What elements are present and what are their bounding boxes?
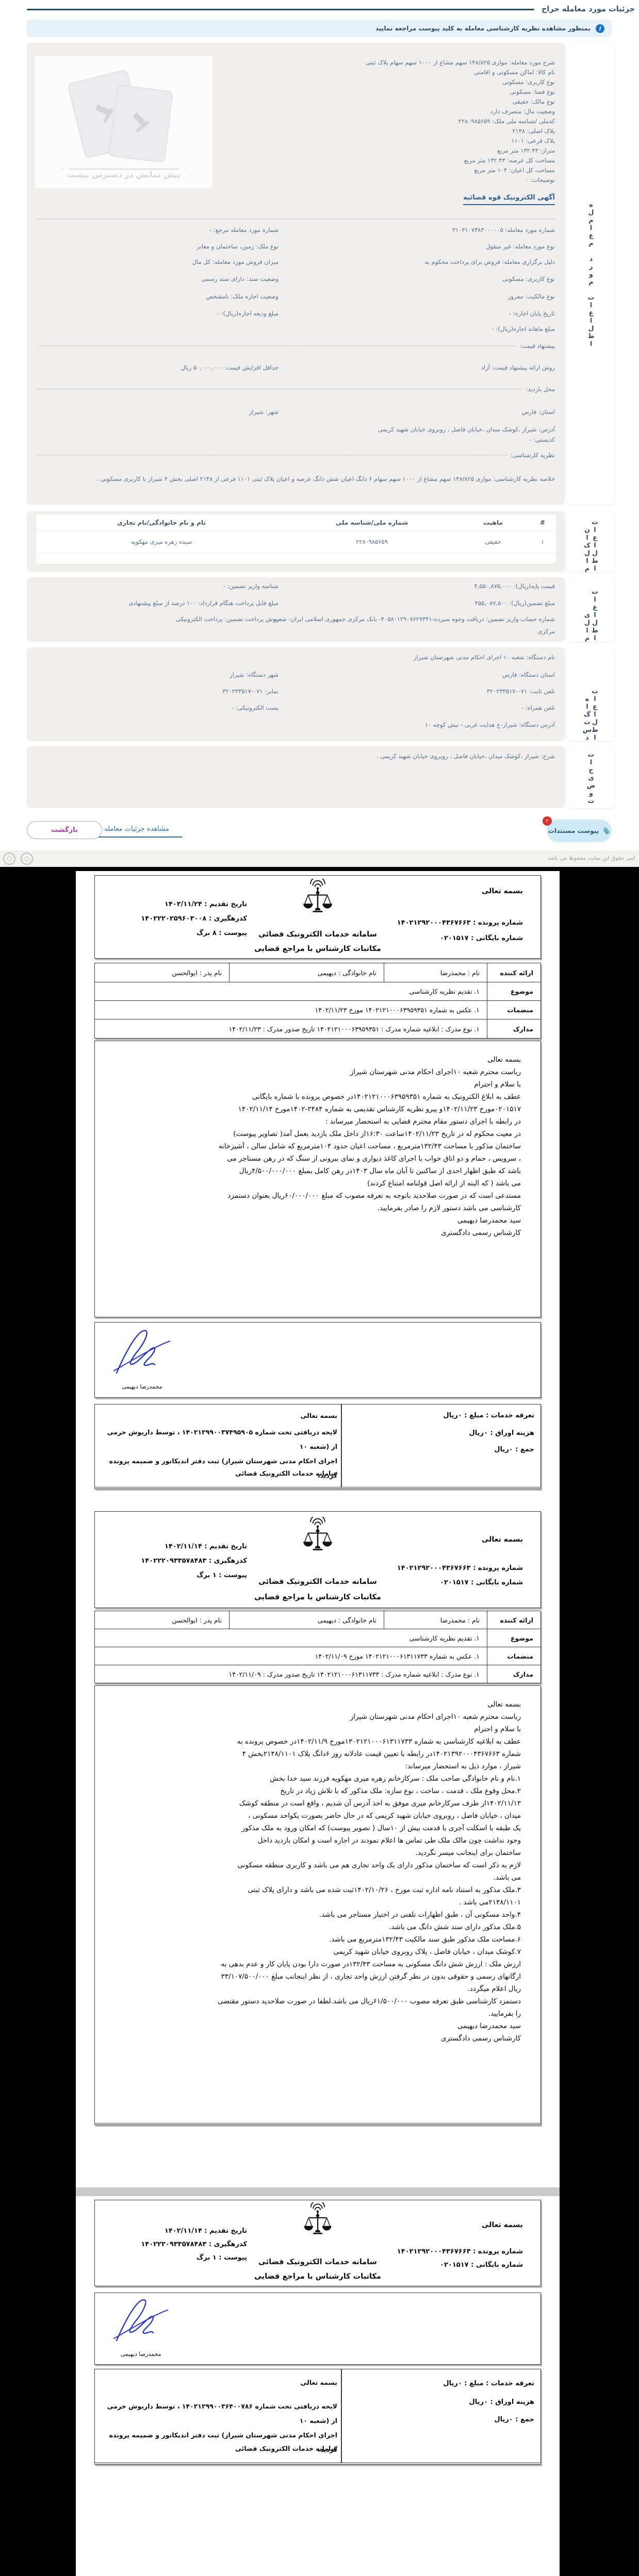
doc2-body-box: بسمه تعالی ریاست محترم شعبه ۱۰اجرای احکا… xyxy=(94,1685,541,2125)
kv-left: میزان فروش مورد معامله: کل مال xyxy=(192,258,278,265)
kv-left: وضعیت اجاره ملک: نامشخص xyxy=(206,293,278,300)
section-expert-opinion: نظریه کارشناسی: xyxy=(37,451,555,459)
pay-method: روش پرداخت تضمین: پرداخت الکترونیکی xyxy=(176,615,278,623)
kv-row: تلفن همراه: - پست الکترونیکی: - xyxy=(37,704,555,712)
paperclip-icon xyxy=(601,825,612,837)
tab-label: اطلاعات مالی xyxy=(583,577,599,642)
kv-row: دلیل برگزاری معامله: فروش برای پرداخت مح… xyxy=(37,258,555,266)
title-rule xyxy=(27,9,534,10)
label-subject: موضوع xyxy=(487,1629,541,1647)
kv-right: نوع کاربری: مسکونی xyxy=(502,275,555,282)
tab-description[interactable]: توضیحات xyxy=(567,746,615,808)
kv-row: شماره مورد معامله: ۳۱۰۳۱۰۷۳۸۳۰۰۰۰۰۵ شمار… xyxy=(37,226,555,235)
kv-right: مبلغ ماهانه اجاره(ریال): - xyxy=(492,325,555,332)
kv-right: نوع مورد معامله: غیر منقول xyxy=(486,243,555,250)
kv-row: روش ارائه پیشنهاد قیمت: آزاد حداقل افزای… xyxy=(37,364,555,372)
kv-right: قیمت پایه(ریال): ۴,۵۵۰,۸۷۵,۰۰۰ xyxy=(474,582,555,590)
expert-summary: خلاصه نظریه کارشناسی: موازی ۱۴۸/۸۲۵ سهم … xyxy=(37,475,555,482)
section-price-offer: پیشنهاد قیمت: xyxy=(37,342,555,349)
judiciary-scales-logo xyxy=(302,879,333,921)
kv-right: دلیل برگزاری معامله: فروش برای پرداخت مح… xyxy=(424,258,555,265)
doc1-footer-box: تعرفه خدمات : مبلغ : ۰ریال هزینه اوراق :… xyxy=(94,1404,541,1489)
kv-right: تلفن همراه: - xyxy=(521,704,555,711)
doc2-header-box: بسمه تعالی شماره پرونده : ۱۴۰۲۱۲۹۲۰۰۰۴۳۶… xyxy=(94,1511,541,1608)
kv-right: مبلغ تضمین(ریال): ۴۵۵,۰۸۷,۵۰۰ xyxy=(475,599,555,607)
kv-row: شماره حساب واریز تضمین: دریافت وجوه سپرد… xyxy=(37,615,555,624)
kv-left: نوع ملک: زمین، ساختمان و معابر xyxy=(196,243,278,250)
cell-national-id: ۲۲۸۰۹۸۵۶۵۹ xyxy=(287,531,457,553)
owners-table: # ماهیت شماره ملی/شناسه ملی نام و نام خا… xyxy=(36,514,556,553)
deal-postal-code: کدپستی: - xyxy=(37,436,555,443)
footer-org-name: سامانه خدمات الکترونیک قضائی xyxy=(99,1466,337,1481)
owners-table-card: # ماهیت شماره ملی/شناسه ملی نام و نام خا… xyxy=(36,514,556,564)
section-visit-place: محل بازدید: xyxy=(37,386,555,393)
kv-row: مرکزی xyxy=(37,628,555,636)
deposit-account-cont: مرکزی xyxy=(538,628,555,635)
signature-image xyxy=(109,1326,176,1379)
doc3-signature-box: محمدرضا دیهیمی xyxy=(94,2293,541,2365)
doc1-case-number: شماره پرونده : ۱۴۰۲۱۲۹۲۰۰۰۴۳۶۷۶۶۳ xyxy=(397,919,523,927)
label-annex: منضمات xyxy=(487,1647,541,1665)
footer-divider xyxy=(341,1404,342,1487)
kv-left: شناسه واریز تضمین: - xyxy=(223,582,278,590)
owners-header-row: # ماهیت شماره ملی/شناسه ملی نام و نام خا… xyxy=(36,514,556,531)
doc1-attachment-count: پیوست : ۸ برگ xyxy=(116,929,247,937)
col-index: # xyxy=(529,514,556,531)
doc1-signature-box: محمدرضا دیهیمی xyxy=(94,1322,541,1398)
cell-full-name: سیده زهره میری مهکویه xyxy=(36,531,287,553)
kv-right: نوع مالکیت: مفروز xyxy=(508,293,555,300)
panel-deal-info: -- پیش نمایش در دسترس نیست شرح مورد معام… xyxy=(27,43,565,505)
copyright-text: امی حقوق این سایت محفوظ می باشد xyxy=(548,855,635,861)
kv-right: شماره مورد معامله: ۳۱۰۳۱۰۷۳۸۳۰۰۰۰۰۵ xyxy=(452,226,555,233)
doc2-case-number: شماره پرونده : ۱۴۰۲۱۲۹۲۰۰۰۴۳۶۷۶۶۳ xyxy=(397,1564,523,1572)
doc3-tracking-code: کدرهگیری : ۱۴۰۲۲۲۰۹۳۳۵۷۸۴۸۳ xyxy=(116,2240,247,2248)
bismillah-text: بسمه تعالی xyxy=(99,1409,337,1423)
tab-owners[interactable]: اطلاعات مالکان xyxy=(567,511,615,572)
tab-device[interactable]: اطلاعات دستگاه xyxy=(567,647,615,741)
doc2-submit-date: تاریخ تقدیم : ۱۴۰۲/۱۱/۱۴ xyxy=(116,1543,247,1550)
doc2-letter-text: بسمه تعالی ریاست محترم شعبه ۱۰اجرای احکا… xyxy=(95,1686,540,2057)
section-label: نظریه کارشناسی: xyxy=(511,451,555,459)
bismillah-text: بسمه تعالی xyxy=(99,2376,337,2390)
org-name-line1: سامانه خدمات الکترونیک قضائی xyxy=(258,930,377,939)
tab-deal-info[interactable]: اطلاعات مورد معامله xyxy=(567,43,615,505)
kv-row: مبلغ تضمین(ریال): ۴۵۵,۰۸۷,۵۰۰ مبلغ قابل … xyxy=(37,599,555,608)
col-entity-type: ماهیت xyxy=(457,514,529,531)
back-button[interactable]: بازگشت xyxy=(27,821,102,839)
deal-details-list: شرح مورد معامله: موازی ۱۴۸/۸۲۵ سهم مشاع … xyxy=(37,58,555,185)
site-footer: امی حقوق این سایت محفوظ می باشد xyxy=(0,850,639,867)
col-national-id: شماره ملی/شناسه ملی xyxy=(287,514,457,531)
electronic-ad-link[interactable]: آگهی الکترونیک قوه قضائیه xyxy=(463,194,555,205)
judiciary-scales-logo xyxy=(302,1517,333,1559)
page-title-bar: جزئیات مورد معامله حراج xyxy=(27,5,635,13)
doc3-attachment-count: پیوست : ۱ برگ xyxy=(116,2254,247,2262)
section-label: محل بازدید: xyxy=(526,386,555,393)
signer-name: محمدرضا دیهیمی xyxy=(121,2351,161,2357)
org-logo-icon xyxy=(3,852,15,865)
kv-row: تلفن ثابت: ۰۷۱-۳۲۰۲۳۳۵۱۷ نمابر: ۰۷۱-۳۲۰۲… xyxy=(37,688,555,696)
kv-left: مبلغ ودیعه اجاره(ریال): - xyxy=(217,310,278,317)
tab-label: اطلاعات دستگاه xyxy=(583,647,599,741)
kv-row: نوع مورد معامله: غیر منقول نوع ملک: زمین… xyxy=(37,243,555,251)
kv-row: نوع کاربری: مسکونی وضعیت سند: دارای سند … xyxy=(37,275,555,283)
label-documents: مدارک xyxy=(487,1665,541,1683)
label-provider: ارائه کننده xyxy=(487,963,541,982)
org-name-line2: مکاتبات کارشناس با مراجع قضایی xyxy=(254,1593,381,1601)
deposit-account: شماره حساب واریز تضمین: دریافت وجوه سپرد… xyxy=(274,615,555,623)
kv-row: نام دستگاه: شعبه ۱۰ اجرای احکام مدنی شهر… xyxy=(37,654,555,662)
kv-right: تلفن ثابت: ۰۷۱-۳۲۰۲۳۳۵۱۷ xyxy=(487,688,555,695)
document-page-2: بسمه تعالی شماره پرونده : ۱۴۰۲۱۲۹۲۰۰۰۴۳۶… xyxy=(76,2196,560,2576)
provider-last-name: نام خانوادگی : دیهیمی xyxy=(230,1611,384,1629)
gov-emblem-icon xyxy=(21,852,33,865)
label-provider: ارائه کننده xyxy=(487,1611,541,1629)
owners-row: ۱ حقیقی ۲۲۸۰۹۸۵۶۵۹ سیده زهره میری مهکویه xyxy=(36,531,556,553)
bismillah-text: بسمه تعالی xyxy=(482,2221,523,2229)
total-cost: جمع : ۰ریال xyxy=(494,2416,534,2423)
label-subject: موضوع xyxy=(487,982,541,1001)
service-tariff: تعرفه خدمات : مبلغ : ۰ریال xyxy=(443,2380,534,2387)
footer-divider xyxy=(341,2369,342,2463)
kv-row: آدرس دستگاه: شیراز-خ هدایت غربی - نبش کو… xyxy=(37,721,555,729)
kv-row: شرح: شیراز ،کوشک میدان ،خیابان فاضل ، رو… xyxy=(37,752,555,761)
kv-row: نوع مالکیت: مفروز وضعیت اجاره ملک: نامشخ… xyxy=(37,293,555,301)
deal-address: آدرس: شیراز ،کوشک میدان ،خیابان فاضل ، ر… xyxy=(37,426,555,433)
papers-cost: هزینه اوراق : ۰ریال xyxy=(469,2398,534,2406)
annex-value: ۱. عکس به شماره ۱۴۰۲۱۲۱۰۰۰۶۱۳۱۱۷۳۳ مورخ … xyxy=(95,1647,487,1665)
bismillah-text: بسمه تعالی xyxy=(482,887,523,895)
documents-value: ۱. نوع مدرک : ابلاغیه شماره مدرک : ۱۴۰۲۱… xyxy=(95,1665,487,1683)
signature-image xyxy=(109,2295,174,2347)
kv-left: حداقل افزایش قیمت: ۵۰,۰۰۰,۰۰۰ ریال xyxy=(181,364,278,371)
provider-father-name: نام پدر : ابوالحسن xyxy=(95,1611,230,1629)
kv-left: شماره مورد معامله مرجع: - xyxy=(209,226,278,233)
kv-row: قیمت پایه(ریال): ۴,۵۵۰,۸۷۵,۰۰۰ شناسه وار… xyxy=(37,582,555,591)
service-tariff: تعرفه خدمات : مبلغ : ۰ریال xyxy=(443,1412,534,1419)
panel-owners: # ماهیت شماره ملی/شناسه ملی نام و نام خا… xyxy=(27,511,565,572)
provider-father-name: نام پدر : ابوالحسن xyxy=(95,963,230,982)
doc3-footer-box: تعرفه خدمات : مبلغ : ۰ریال هزینه اوراق :… xyxy=(94,2369,541,2465)
kv-left: شهر: شیراز xyxy=(249,408,278,415)
doc3-header-box: بسمه تعالی شماره پرونده : ۱۴۰۲۱۲۹۲۰۰۰۴۳۶… xyxy=(94,2200,541,2286)
kv-right: روش ارائه پیشنهاد قیمت: آزاد xyxy=(481,364,555,371)
tab-label: اطلاعات مورد معامله xyxy=(587,200,595,347)
doc2-attachment-count: پیوست : ۱ برگ xyxy=(116,1571,247,1579)
kv-row: استان: فارس شهر: شیراز xyxy=(37,408,555,416)
kv-row: تاریخ پایان اجاره: - مبلغ ودیعه اجاره(ری… xyxy=(37,310,555,318)
kv-right: استان دستگاه: فارس xyxy=(502,671,555,678)
panel-financial: قیمت پایه(ریال): ۴,۵۵۰,۸۷۵,۰۰۰ شناسه وار… xyxy=(27,577,565,642)
org-name-line2: مکاتبات کارشناس با مراجع قضایی xyxy=(254,945,381,953)
attachments-count-badge: ۲ xyxy=(543,816,552,826)
tab-label: اطلاعات مالکان xyxy=(583,511,599,572)
doc1-tracking-code: کدرهگیری : ۱۴۰۲۲۲۰۲۵۹۶۰۳۰۰۸ xyxy=(116,915,247,923)
panel-device: نام دستگاه: شعبه ۱۰ اجرای احکام مدنی شهر… xyxy=(27,647,565,741)
label-annex: منضمات xyxy=(487,1001,541,1019)
panel-description: شرح: شیراز ،کوشک میدان ،خیابان فاضل ، رو… xyxy=(27,746,565,808)
org-name-line2: مکاتبات کارشناس با مراجع قضایی xyxy=(254,2272,381,2281)
papers-cost: هزینه اوراق : ۰ریال xyxy=(469,1429,534,1437)
doc1-letter-text: بسمه تعالی ریاست محترم شعبه ۱۰اجرای احکا… xyxy=(95,1041,540,1251)
doc1-submit-date: تاریخ تقدیم : ۱۴۰۲/۱۱/۲۴ xyxy=(116,900,247,908)
provider-first-name: نام : محمدرضا xyxy=(384,1611,487,1629)
doc3-case-number: شماره پرونده : ۱۴۰۲۱۲۹۲۰۰۰۴۳۶۷۶۶۳ xyxy=(397,2248,523,2255)
page-title: جزئیات مورد معامله حراج xyxy=(542,5,635,13)
documents-value: ۱. نوع مدرک : ابلاغیه شماره مدرک : ۱۴۰۲۱… xyxy=(95,1019,487,1039)
doc2-archive-number: شماره بایگانی : ۰۲۰۱۵۱۷ xyxy=(440,1579,523,1586)
attachments-button[interactable]: پیوست مستندات xyxy=(547,819,612,842)
doc2-info-table: ارائه کننده نام : محمدرضا نام خانوادگی :… xyxy=(94,1611,541,1683)
document-viewer: بسمه تعالی شماره پرونده : ۱۴۰۲۱۲۹۲۰۰۰۴۳۶… xyxy=(0,867,639,2576)
tab-label: توضیحات xyxy=(587,750,595,805)
provider-last-name: نام خانوادگی : دیهیمی xyxy=(230,963,384,982)
provider-first-name: نام : محمدرضا xyxy=(384,963,487,982)
doc3-archive-number: شماره بایگانی : ۰۲۰۱۵۱۷ xyxy=(440,2261,523,2269)
footer-org-name: سامانه خدمات الکترونیک قضائی xyxy=(99,2441,337,2456)
doc1-info-table: ارائه کننده نام : محمدرضا نام خانوادگی :… xyxy=(94,963,541,1039)
doc1-archive-number: شماره بایگانی : ۰۲۰۱۵۱۷ xyxy=(440,934,523,942)
doc1-header-box: بسمه تعالی شماره پرونده : ۱۴۰۲۱۲۹۲۰۰۰۴۳۶… xyxy=(94,875,541,959)
subject-value: ۱. تقدیم نظریه کارشناسی xyxy=(95,1629,487,1647)
doc3-submit-date: تاریخ تقدیم : ۱۴۰۲/۱۱/۱۴ xyxy=(116,2227,247,2235)
label-documents: مدارک xyxy=(487,1019,541,1039)
section-label: پیشنهاد قیمت: xyxy=(519,342,555,349)
page-separator xyxy=(76,2187,560,2196)
cell-entity-type: حقیقی xyxy=(457,531,529,553)
doc2-tracking-code: کدرهگیری : ۱۴۰۲۲۲۰۹۳۳۵۷۸۴۸۳ xyxy=(116,1557,247,1565)
kv-row: مبلغ ماهانه اجاره(ریال): - xyxy=(37,325,555,333)
info-banner: i بمنظور مشاهده نظریه کارشناسی معامله به… xyxy=(27,20,612,37)
total-cost: جمع : ۰ریال xyxy=(494,1446,534,1453)
subject-value: ۱. تقدیم نظریه کارشناسی xyxy=(95,982,487,1001)
kv-row: استان دستگاه: فارس شهر دستگاه: شیراز xyxy=(37,671,555,679)
cell-index: ۱ xyxy=(529,531,556,553)
bismillah-text: بسمه تعالی xyxy=(482,1535,523,1544)
device-name: نام دستگاه: شعبه ۱۰ اجرای احکام مدنی شهر… xyxy=(414,654,555,661)
col-full-name: نام و نام خانوادگی/نام تجاری xyxy=(36,514,287,531)
device-address: آدرس دستگاه: شیراز-خ هدایت غربی - نبش کو… xyxy=(425,721,555,728)
tab-financial[interactable]: اطلاعات مالی xyxy=(567,577,615,642)
kv-right: تاریخ پایان اجاره: - xyxy=(509,310,555,317)
view-deal-details-link[interactable]: مشاهده جزئیات معامله xyxy=(91,825,182,838)
kv-left: نمابر: ۰۷۱-۳۲۰۲۳۳۵۱۷ xyxy=(222,688,278,695)
kv-left: وضعیت سند: دارای سند رسمی xyxy=(201,275,278,282)
kv-left: مبلغ قابل پرداخت هنگام قرارداد: ۱۰۰ درصد… xyxy=(128,599,278,607)
kv-right: استان: فارس xyxy=(522,408,555,415)
document-page-1: بسمه تعالی شماره پرونده : ۱۴۰۲۱۲۹۲۰۰۰۴۳۶… xyxy=(76,871,560,2187)
annex-value: ۱. عکس به شماره ۱۴۰۲۱۲۱۰۰۰۶۳۹۵۹۳۵۱ مورخ … xyxy=(95,1001,487,1019)
kv-left: شهر دستگاه: شیراز xyxy=(230,671,278,678)
divider-dotted xyxy=(37,219,555,220)
judiciary-scales-logo xyxy=(303,2202,333,2243)
description-text: شرح: شیراز ،کوشک میدان ،خیابان فاضل ، رو… xyxy=(376,752,555,760)
org-name-line1: سامانه خدمات الکترونیک قضائی xyxy=(258,2258,377,2266)
attachments-label: پیوست مستندات xyxy=(548,827,599,834)
org-name-line1: سامانه خدمات الکترونیک قضائی xyxy=(258,1578,377,1586)
info-banner-text: بمنظور مشاهده نظریه کارشناسی معامله به ک… xyxy=(375,25,591,32)
doc1-body-box: بسمه تعالی ریاست محترم شعبه ۱۰اجرای احکا… xyxy=(94,1041,541,1317)
kv-left: پست الکترونیکی: - xyxy=(232,704,278,711)
info-icon: i xyxy=(596,24,604,33)
signer-name: محمدرضا دیهیمی xyxy=(122,1383,162,1390)
